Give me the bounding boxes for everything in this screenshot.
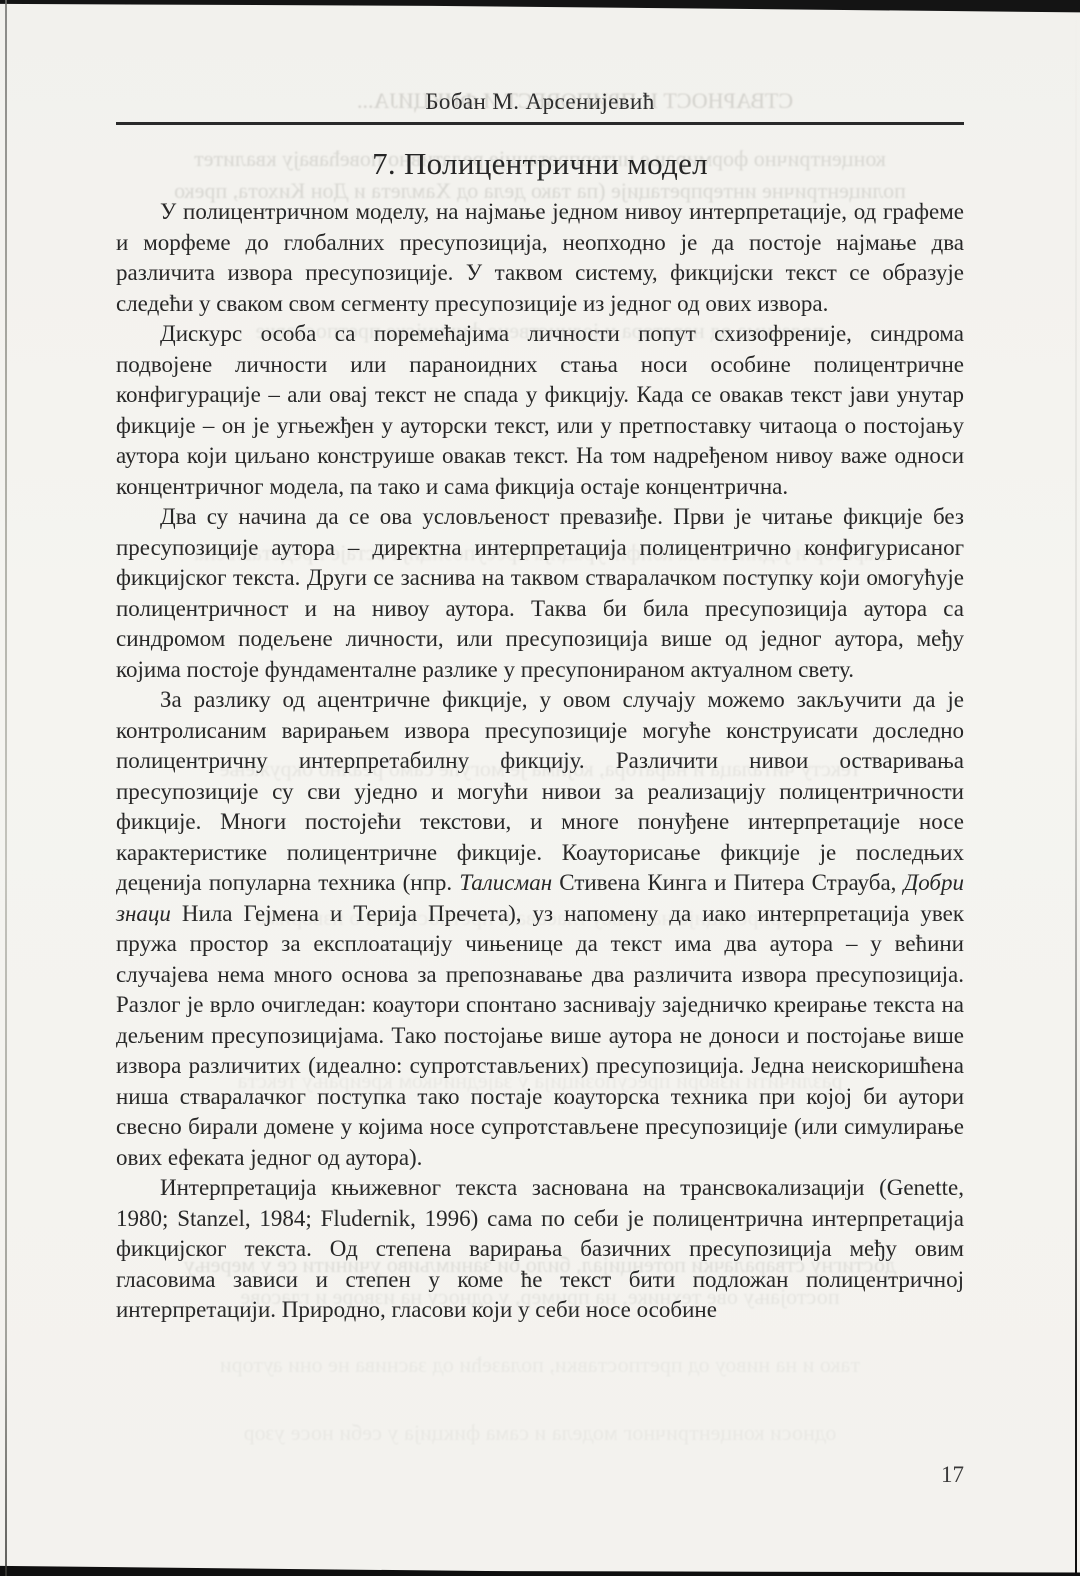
bleedthrough-text: односи концентричног модела и сама фикци… bbox=[116, 1420, 964, 1446]
scan-artifact-top-edge bbox=[0, 0, 1080, 13]
paragraph: За разлику од ацентричне фикције, у овом… bbox=[116, 685, 964, 1173]
section-title: 7. Полицентрични модел bbox=[116, 146, 964, 182]
paragraph-text: Нила Гејмена и Терија Пречета), уз напом… bbox=[116, 901, 964, 1170]
paragraph-text: Стивена Кинга и Питера Страуба, bbox=[552, 870, 903, 895]
header-rule bbox=[116, 122, 964, 125]
running-header-author: Бобан М. Арсенијевић bbox=[116, 88, 964, 116]
paragraph: Интерпретација књижевног текста заснован… bbox=[116, 1173, 964, 1326]
paragraph-text: Интерпретација књижевног текста заснован… bbox=[116, 1175, 964, 1322]
paragraph-text: У полицентричном моделу, на најмање једн… bbox=[116, 199, 964, 316]
page-number: 17 bbox=[941, 1462, 964, 1488]
scan-artifact-right-edge bbox=[1075, 0, 1077, 1576]
scan-artifact-bottom-edge bbox=[0, 1565, 1080, 1576]
bleedthrough-text: тако и на нивоу од претпоставки, полазећ… bbox=[116, 1352, 964, 1378]
paragraph-text: Два су начина да се ова условљеност прев… bbox=[116, 504, 964, 682]
page-content: Бобан М. Арсенијевић 7. Полицентрични мо… bbox=[116, 88, 964, 1326]
paragraph-text: За разлику од ацентричне фикције, у овом… bbox=[116, 687, 964, 895]
paragraph-text: Дискурс особа са поремећајима личности п… bbox=[116, 321, 964, 499]
paragraph: Дискурс особа са поремећајима личности п… bbox=[116, 319, 964, 502]
paragraph: Два су начина да се ова условљеност прев… bbox=[116, 502, 964, 685]
italic-title-text: Талисман bbox=[459, 870, 552, 895]
paragraph: У полицентричном моделу, на најмање једн… bbox=[116, 197, 964, 319]
scanned-page: СТВАРНОСТ И ПРИПОВЕСТ И ФИКЦИЈА...концен… bbox=[0, 0, 1080, 1576]
body-text: У полицентричном моделу, на најмање једн… bbox=[116, 197, 964, 1326]
scan-artifact-left-edge bbox=[5, 0, 7, 1576]
